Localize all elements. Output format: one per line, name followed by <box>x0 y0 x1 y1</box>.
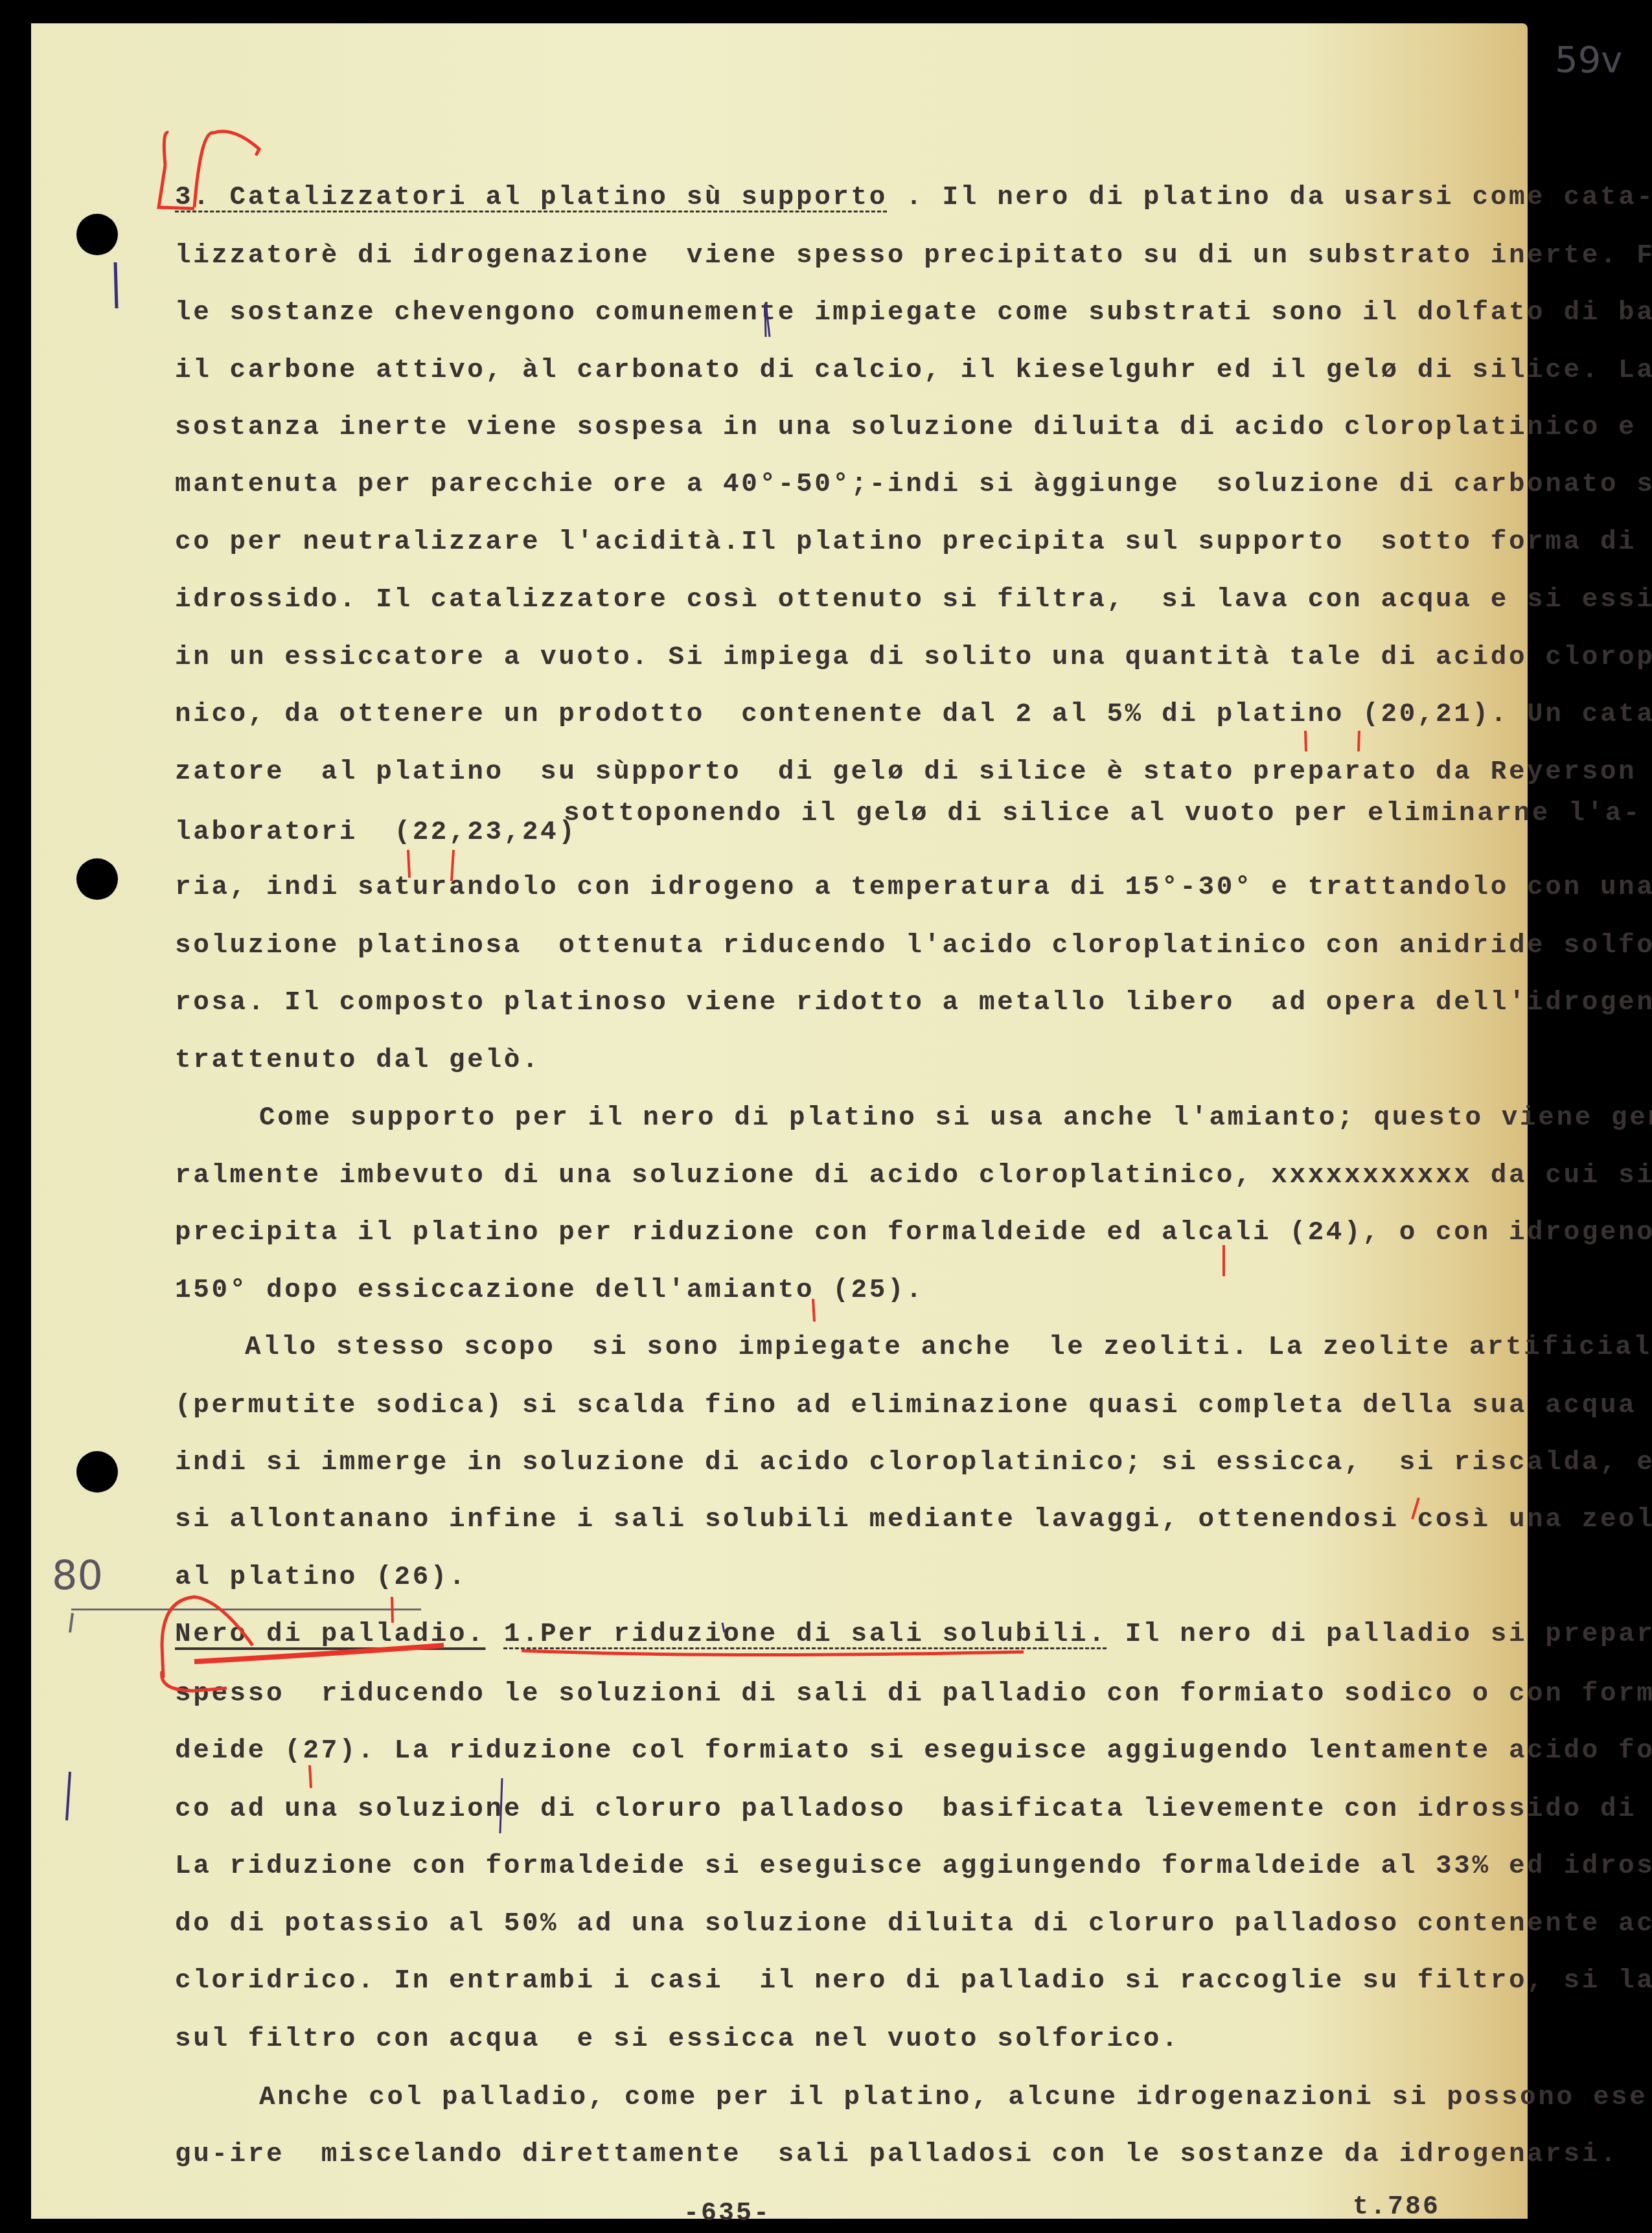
palladio-heading-line: Nero di palladio. 1.Per riduzione di sal… <box>175 1621 1652 1648</box>
palladio-line-4: La riduzione con formaldeide si eseguisc… <box>175 1853 1652 1880</box>
palladio-line-3: co ad una soluzione di cloruro palladoso… <box>175 1796 1652 1823</box>
section3-line-0: . Il nero di platino da usarsi come cata… <box>906 183 1652 212</box>
amianto-line-3: 150° dopo essiccazione dell'amianto (25)… <box>175 1277 924 1304</box>
page-mark: 59v <box>1555 39 1622 81</box>
margin-divider-line <box>71 1609 421 1610</box>
section3-line-8: in un essiccatore a vuoto. Si impiega di… <box>175 645 1652 671</box>
page-number: -635- <box>683 2199 771 2228</box>
section3-line-7: idrossido. Il catalizzatore così ottenut… <box>175 587 1652 613</box>
section3-line-5: mantenuta per parecchie ore a 40°-50°;-i… <box>175 472 1652 498</box>
section3-line-13: ria, indi saturandolo con idrogeno a tem… <box>175 875 1652 901</box>
section3-line-12: laboratori (22,23,24) <box>175 819 577 846</box>
palladio-line-2: deide (27). La riduzione col formiato si… <box>175 1738 1652 1765</box>
section3-line-4: sostanza inerte viene sospesa in una sol… <box>175 415 1652 441</box>
palladio-subheading: 1.Per riduzione di sali solubili. <box>504 1620 1107 1649</box>
zeoliti-line-1: (permutite sodica) si scalda fino ad eli… <box>175 1393 1652 1419</box>
document-ref: t.786 <box>1353 2193 1440 2222</box>
palladio-line-6: cloridrico. In entrambi i casi il nero d… <box>175 1968 1652 1995</box>
section3-line-6: co per neutralizzare l'acidità.Il platin… <box>175 529 1636 556</box>
section3-line-14: soluzione platinosa ottenuta riducendo l… <box>175 933 1652 959</box>
palladio-line-5: do di potassio al 50% ad una soluzione d… <box>175 1911 1652 1938</box>
final-line-0: Anche col palladio, come per il platino,… <box>259 2085 1652 2111</box>
section3-line-15: rosa. Il composto platinoso viene ridott… <box>175 990 1652 1016</box>
zeoliti-line-3: si allontanano infine i sali solubili me… <box>175 1507 1652 1533</box>
palladio-line-0: Il nero di palladio si prepara <box>1125 1620 1652 1649</box>
section3-line-11: sottoponendo il gelø di silice al vuoto … <box>564 801 1642 827</box>
final-line-1: gu-ire miscelando direttamente sali pall… <box>175 2142 1618 2168</box>
amianto-line-0: Come supporto per il nero di platino si … <box>259 1105 1652 1132</box>
section3-line-3: il carbone attivo, àl carbonato di calci… <box>175 358 1652 384</box>
amianto-line-2: precipita il platino per riduzione con f… <box>175 1220 1652 1246</box>
zeoliti-line-4: al platino (26). <box>175 1564 467 1591</box>
punch-hole <box>76 858 118 900</box>
amianto-line-1: ralmente imbevuto di una soluzione di ac… <box>175 1163 1652 1189</box>
section3-heading-line: 3. Catalizzatori al platino sù supporto … <box>175 185 1652 211</box>
scan-bottom-edge <box>31 2219 1528 2233</box>
punch-hole <box>76 214 118 255</box>
section3-line-2: le sostanze chevengono comunemente impie… <box>175 300 1652 326</box>
section3-heading: 3. Catalizzatori al platino sù supporto <box>175 183 888 212</box>
section3-line-10: zatore al platino su sùpporto di gelø di… <box>175 759 1652 786</box>
margin-number: 80 <box>52 1552 103 1599</box>
section3-line-16: trattenuto dal gelò. <box>175 1048 540 1074</box>
section3-line-9: nico, da ottenere un prodotto contenente… <box>175 702 1652 728</box>
palladio-line-1: spesso riducendo le soluzioni di sali di… <box>175 1681 1652 1708</box>
section3-line-1: lizzatorè di idrogenazione viene spesso … <box>175 243 1652 269</box>
zeoliti-line-0: Allo stesso scopo si sono impiegate anch… <box>245 1334 1652 1361</box>
palladio-line-7: sul filtro con acqua e si essicca nel vu… <box>175 2026 1180 2053</box>
zeoliti-line-2: indi si immerge in soluzione di acido cl… <box>175 1450 1652 1476</box>
palladio-heading: Nero di palladio. <box>175 1620 485 1649</box>
punch-hole <box>76 1451 118 1493</box>
